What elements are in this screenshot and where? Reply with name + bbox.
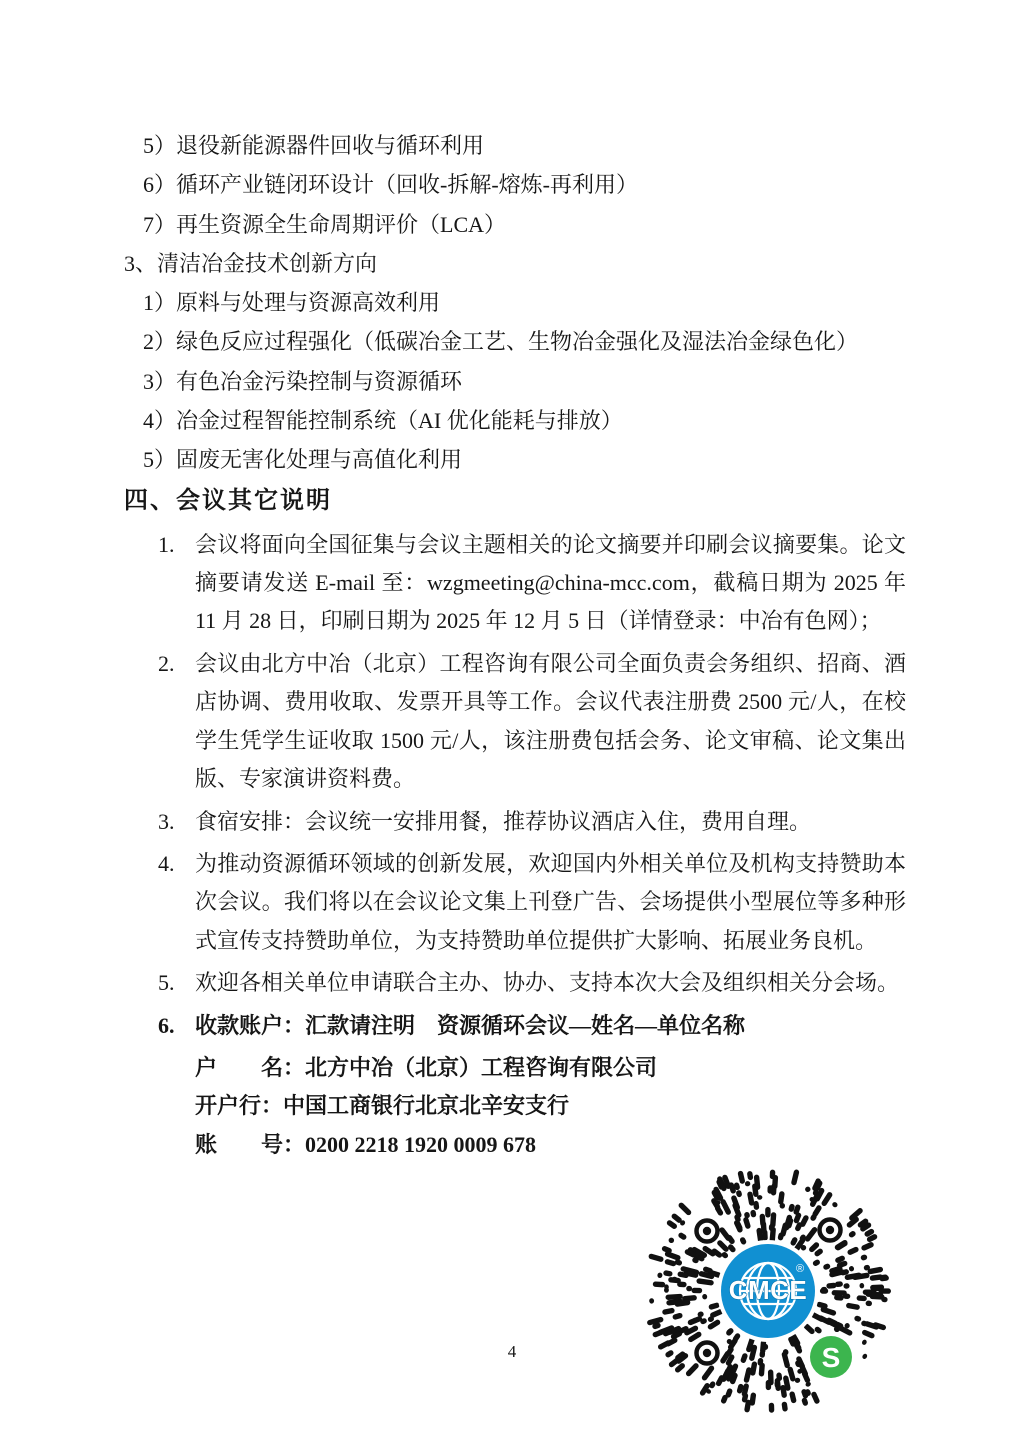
list-item-payment-account: 6. 收款账户：汇款请注明 资源循环会议—姓名—单位名称 — [120, 1007, 906, 1045]
wechat-mini-program-qr-code: CMCE ® S — [636, 1159, 900, 1423]
list-item-number: 5. — [158, 964, 175, 1002]
registered-mark: ® — [796, 1263, 804, 1275]
outline-item: 4）冶金过程智能控制系统（AI 优化能耗与排放） — [120, 401, 906, 440]
list-item-number: 4. — [158, 845, 175, 883]
list-item: 4. 为推动资源循环领域的创新发展，欢迎国内外相关单位及机构支持赞助本次会议。我… — [120, 845, 906, 960]
outline-item: 7）再生资源全生命周期评价（LCA） — [120, 205, 906, 244]
list-item-text: 收款账户：汇款请注明 资源循环会议—姓名—单位名称 — [195, 1013, 745, 1038]
list-item-number: 3. — [158, 803, 175, 841]
list-item-number: 2. — [158, 645, 175, 683]
outline-item: 3）有色冶金污染控制与资源循环 — [120, 362, 906, 401]
outline-subheading: 3、清洁冶金技术创新方向 — [120, 244, 906, 283]
qr-eye-top-left — [697, 1221, 718, 1242]
list-item: 1. 会议将面向全国征集与会议主题相关的论文摘要并印刷会议摘要集。论文摘要请发送… — [120, 526, 906, 641]
list-item-number: 6. — [158, 1007, 175, 1045]
outline-item: 5）固废无害化处理与高值化利用 — [120, 440, 906, 479]
list-item: 3. 食宿安排：会议统一安排用餐，推荐协议酒店入住，费用自理。 — [120, 803, 906, 841]
list-item-text: 会议由北方中冶（北京）工程咨询有限公司全面负责会务组织、招商、酒店协调、费用收取… — [195, 651, 906, 791]
outline-item: 5）退役新能源器件回收与循环利用 — [120, 126, 906, 165]
document-page: 5）退役新能源器件回收与循环利用 6）循环产业链闭环设计（回收-拆解-熔炼-再利… — [0, 0, 1024, 1448]
outline-item: 1）原料与处理与资源高效利用 — [120, 283, 906, 322]
list-item-text: 食宿安排：会议统一安排用餐，推荐协议酒店入住，费用自理。 — [195, 809, 811, 834]
list-item: 5. 欢迎各相关单位申请联合主办、协办、支持本次大会及组织相关分会场。 — [120, 964, 906, 1002]
qr-eye-top-right — [820, 1220, 841, 1241]
list-item-number: 1. — [158, 526, 175, 564]
bank-account-block: 户 名：北方中冶（北京）工程咨询有限公司 开户行：中国工商银行北京北辛安支行 账… — [195, 1049, 906, 1164]
list-item-text: 欢迎各相关单位申请联合主办、协办、支持本次大会及组织相关分会场。 — [195, 970, 899, 995]
cmce-logo-text: CMCE — [729, 1275, 808, 1305]
outline-item: 6）循环产业链闭环设计（回收-拆解-熔炼-再利用） — [120, 165, 906, 204]
list-item: 2. 会议由北方中冶（北京）工程咨询有限公司全面负责会务组织、招商、酒店协调、费… — [120, 645, 906, 799]
content-area: 5）退役新能源器件回收与循环利用 6）循环产业链闭环设计（回收-拆解-熔炼-再利… — [120, 126, 906, 1164]
numbered-list: 1. 会议将面向全国征集与会议主题相关的论文摘要并印刷会议摘要集。论文摘要请发送… — [120, 526, 906, 1045]
bank-branch-line: 开户行：中国工商银行北京北辛安支行 — [195, 1087, 906, 1125]
list-item-text: 为推动资源循环领域的创新发展，欢迎国内外相关单位及机构支持赞助本次会议。我们将以… — [195, 851, 906, 953]
account-holder-line: 户 名：北方中冶（北京）工程咨询有限公司 — [195, 1049, 906, 1087]
section-heading: 四、会议其它说明 — [124, 482, 906, 520]
page-number: 4 — [0, 1342, 1024, 1362]
outline-section: 5）退役新能源器件回收与循环利用 6）循环产业链闭环设计（回收-拆解-熔炼-再利… — [120, 126, 906, 480]
outline-item: 2）绿色反应过程强化（低碳冶金工艺、生物冶金强化及湿法冶金绿色化） — [120, 322, 906, 361]
list-item-text: 会议将面向全国征集与会议主题相关的论文摘要并印刷会议摘要集。论文摘要请发送 E-… — [195, 532, 906, 634]
